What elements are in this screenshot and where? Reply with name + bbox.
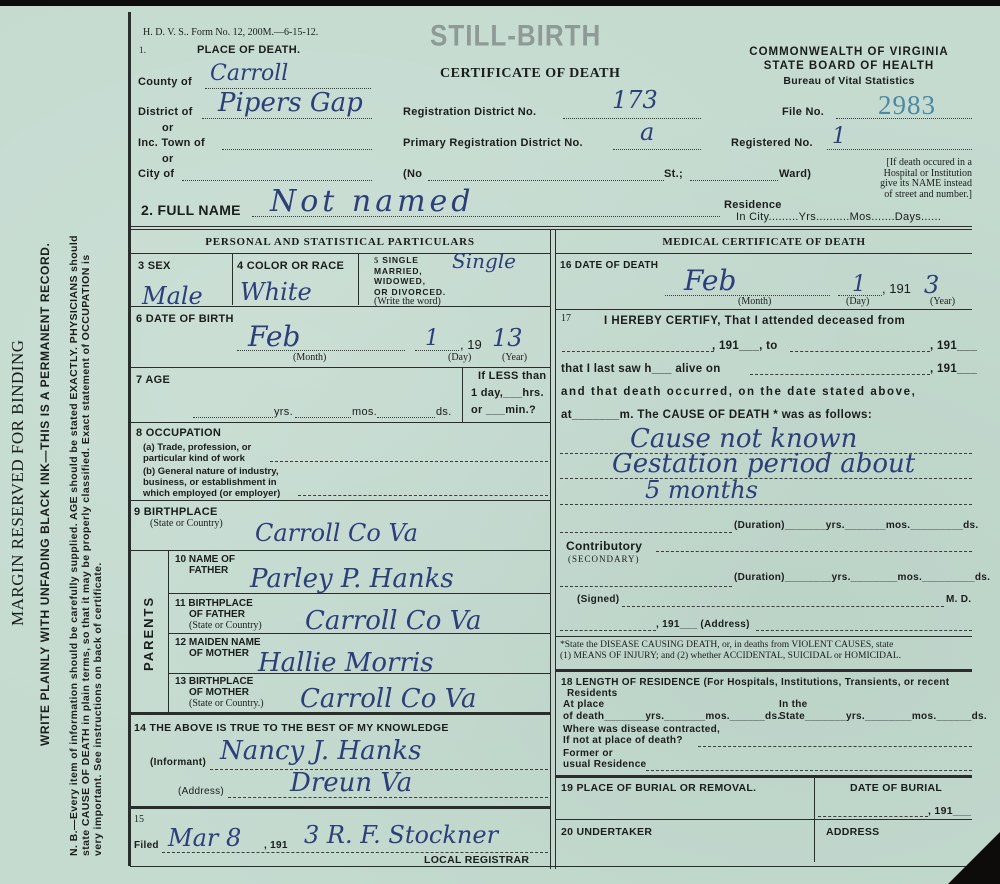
undertaker-label: 20 UNDERTAKER xyxy=(561,826,652,838)
marital-value[interactable]: Single xyxy=(452,249,516,273)
label-line: (State or Country.) xyxy=(175,698,264,709)
street-line[interactable] xyxy=(428,180,664,181)
town-label: Inc. Town of xyxy=(138,137,205,149)
cert-line-3b: , 191___ xyxy=(930,363,977,375)
sex-label: 3 SEX xyxy=(138,260,171,272)
divider xyxy=(130,712,550,715)
informant-label: (Informant) xyxy=(150,757,206,768)
authority-line-2: STATE BOARD OF HEALTH xyxy=(724,60,974,72)
cert-line-3a: that I last saw h___ alive on xyxy=(561,363,721,375)
occupation-b: (b) General nature of industry, business… xyxy=(143,466,280,499)
dob-label: 6 DATE OF BIRTH xyxy=(136,313,234,325)
signed-address-line[interactable] xyxy=(756,630,972,631)
town-line[interactable] xyxy=(222,149,372,150)
divider xyxy=(130,422,550,423)
occupation-a: (a) Trade, profession, or particular kin… xyxy=(143,442,251,464)
contributory-label: Contributory xyxy=(566,539,642,553)
divider xyxy=(556,636,972,637)
divider xyxy=(556,309,972,310)
divider xyxy=(130,806,550,809)
cert-line-2a: , 191___, to xyxy=(712,340,778,352)
last-saw-line[interactable] xyxy=(750,374,930,375)
race-value[interactable]: White xyxy=(240,278,312,306)
age-mos-line[interactable] xyxy=(295,417,351,418)
divider xyxy=(556,253,972,254)
nb-line: state CAUSE OF DEATH in plain terms, so … xyxy=(80,235,92,856)
city-line[interactable] xyxy=(182,180,372,181)
dod-month-value[interactable]: Feb xyxy=(684,264,736,297)
divider xyxy=(358,253,359,305)
ward-line[interactable] xyxy=(690,180,778,181)
label-line: OF FATHER xyxy=(175,609,262,620)
cert-line-2b: , 191___ xyxy=(930,340,977,352)
death-certificate-page: MARGIN RESERVED FOR BINDING WRITE PLAINL… xyxy=(0,6,1000,884)
margin-divider xyxy=(128,12,131,866)
medical-heading: MEDICAL CERTIFICATE OF DEATH xyxy=(556,236,972,248)
duration-line-1: (Duration)_______yrs._______mos.________… xyxy=(734,520,978,531)
margin-binding-text: MARGIN RESERVED FOR BINDING xyxy=(8,339,28,626)
less-than-2: 1 day,___hrs. xyxy=(471,387,544,399)
dob-year-prefix: , 19 xyxy=(460,337,482,352)
label-line: 11 BIRTHPLACE xyxy=(175,598,262,609)
less-than-1: If LESS than xyxy=(478,370,546,382)
label-line: 12 MAIDEN NAME xyxy=(175,637,261,648)
authority-line-3: Bureau of Vital Statistics xyxy=(724,75,974,87)
occupation-line: (a) Trade, profession, or xyxy=(143,442,251,453)
reg-district-line xyxy=(563,118,701,119)
divider xyxy=(130,500,550,501)
informant-value[interactable]: Nancy J. Hanks xyxy=(220,736,421,766)
divider xyxy=(130,306,550,307)
secondary-label: (SECONDARY) xyxy=(568,554,640,564)
or-1: or xyxy=(162,122,174,134)
birthplace-label: 9 BIRTHPLACE xyxy=(134,506,218,518)
at-place-label-1: At place xyxy=(563,699,604,710)
district-line xyxy=(202,118,372,119)
label-line: (State or Country) xyxy=(175,620,262,631)
district-label: District of xyxy=(138,106,193,118)
footnote-line: (1) MEANS OF INJURY; and (2) whether ACC… xyxy=(560,651,901,662)
burial-date-line[interactable] xyxy=(818,816,928,817)
cert-number: 17 xyxy=(561,313,571,324)
dod-month-caption: (Month) xyxy=(738,296,771,307)
county-value[interactable]: Carroll xyxy=(210,61,288,86)
registrar-signature[interactable]: 3 R. F. Stockner xyxy=(304,821,498,849)
duration-line xyxy=(560,532,732,533)
label-line: OF MOTHER xyxy=(175,648,261,659)
burial-date-year: , 191___ xyxy=(928,805,971,817)
county-label: County of xyxy=(138,76,192,88)
divider xyxy=(130,866,972,867)
filed-number: 15 xyxy=(134,814,144,825)
filed-year-prefix: , 191 xyxy=(264,840,288,851)
dod-day-caption: (Day) xyxy=(846,296,869,307)
local-registrar-caption: LOCAL REGISTRAR xyxy=(424,854,529,866)
occupation-line: particular kind of work xyxy=(143,453,251,464)
in-state-label-2: State_______yrs.________mos.______ds. xyxy=(779,711,987,722)
marital-line: SINGLE xyxy=(382,255,418,265)
attended-from-line[interactable] xyxy=(562,351,714,352)
father-birthplace-value[interactable]: Carroll Co Va xyxy=(305,606,482,636)
md-label: M. D. xyxy=(946,594,971,605)
signed-address-label: , 191___ (Address) xyxy=(656,619,750,630)
occupation-label: 8 OCCUPATION xyxy=(136,427,221,439)
marital-number: 5 xyxy=(374,255,379,265)
contracted-label-1: Where was disease contracted, xyxy=(563,724,720,735)
dod-year-caption: (Year) xyxy=(930,296,955,307)
dod-year-prefix: , 191 xyxy=(882,281,911,296)
residence-label: Residence xyxy=(724,199,782,211)
label-line: FATHER xyxy=(175,565,235,576)
race-label: 4 COLOR OR RACE xyxy=(237,260,344,272)
st-label: St.; xyxy=(664,168,683,180)
cert-line-1: I HEREBY CERTIFY, That I attended deceas… xyxy=(604,315,905,327)
dob-month-value[interactable]: Feb xyxy=(248,320,300,353)
dob-year-value[interactable]: 13 xyxy=(492,324,523,352)
nb-line: N. B.—Every item of information should b… xyxy=(68,235,80,856)
occupation-line: business, or establishment in xyxy=(143,477,280,488)
parents-divider xyxy=(168,550,169,712)
address-label: (Address) xyxy=(178,786,224,797)
hospital-note-line: of street and number.] xyxy=(852,190,972,201)
year-prefix: 19 xyxy=(467,337,481,352)
divider xyxy=(130,550,550,551)
marital-line: MARRIED, xyxy=(374,266,446,277)
place-number: 1. xyxy=(139,45,146,55)
address-value[interactable]: Dreun Va xyxy=(290,768,412,798)
residence-line: In City.........Yrs..........Mos.......D… xyxy=(736,211,941,223)
divider xyxy=(168,593,550,594)
full-name-value[interactable]: Not named xyxy=(270,184,475,219)
age-mos: mos. xyxy=(352,406,377,418)
label-line: 10 NAME OF xyxy=(175,554,235,565)
primary-reg-label: Primary Registration District No. xyxy=(403,137,583,149)
occupation-b-line[interactable] xyxy=(298,495,548,496)
hospital-note: [If death occured in a Hospital or Insti… xyxy=(852,158,972,200)
dod-year-value[interactable]: 3 xyxy=(924,271,939,299)
month-caption: (Month) xyxy=(293,352,326,363)
mother-birthplace-value[interactable]: Carroll Co Va xyxy=(300,684,477,714)
divider xyxy=(232,253,233,305)
burial-date-label: DATE OF BURIAL xyxy=(850,782,942,794)
divider xyxy=(168,673,550,674)
cause-line-2[interactable]: Gestation period about xyxy=(612,449,915,479)
father-name-label: 10 NAME OF FATHER xyxy=(175,554,235,576)
filed-label: Filed xyxy=(134,840,159,851)
occupation-line: (b) General nature of industry, xyxy=(143,466,280,477)
district-value[interactable]: Pipers Gap xyxy=(218,88,363,118)
footnote-line: *State the DISEASE CAUSING DEATH, or, in… xyxy=(560,640,901,651)
dob-day-value[interactable]: 1 xyxy=(425,326,439,351)
residence-heading-2: Residents xyxy=(567,688,618,699)
personal-heading: PERSONAL AND STATISTICAL PARTICULARS xyxy=(130,236,550,248)
age-ds: ds. xyxy=(436,406,452,418)
age-label: 7 AGE xyxy=(136,374,170,386)
duration-line xyxy=(560,586,732,587)
in-state-label-1: In the xyxy=(779,699,807,710)
divider xyxy=(130,367,550,368)
year-caption: (Year) xyxy=(502,352,527,363)
divider xyxy=(130,226,972,227)
day-caption: (Day) xyxy=(448,352,471,363)
former-residence-label-1: Former or xyxy=(563,748,613,759)
cert-line-4: and that death occurred, on the date sta… xyxy=(561,386,916,398)
still-birth-stamp: STILL-BIRTH xyxy=(430,18,601,54)
filed-date-value[interactable]: Mar 8 xyxy=(168,824,241,852)
hospital-note-line: give its NAME instead xyxy=(852,179,972,190)
contributory-line[interactable] xyxy=(656,551,972,552)
marital-line: WIDOWED, xyxy=(374,276,446,287)
divider xyxy=(168,633,550,634)
age-ds-line[interactable] xyxy=(377,417,435,418)
street-no-label: (No xyxy=(403,168,422,180)
registered-no-label: Registered No. xyxy=(731,137,813,149)
or-2: or xyxy=(162,153,174,165)
reg-district-value[interactable]: 173 xyxy=(612,86,658,114)
undertaker-address-label: ADDRESS xyxy=(826,826,879,838)
file-no-value[interactable]: 2983 xyxy=(878,90,936,121)
authority-line-1: COMMONWEALTH OF VIRGINIA xyxy=(724,46,974,58)
column-divider xyxy=(555,229,556,869)
full-name-label: 2. FULL NAME xyxy=(141,202,241,218)
marital-label: 5 SINGLE MARRIED, WIDOWED, OR DIVORCED. … xyxy=(374,255,446,308)
form-number: H. D. V. S.. Form No. 12, 200M.—6-15-12. xyxy=(143,27,318,38)
label-line: 13 BIRTHPLACE xyxy=(175,676,264,687)
cause-line-3[interactable]: 5 months xyxy=(645,476,758,504)
less-than-3: or ___min.? xyxy=(471,404,536,416)
at-place-label-2: of death_______yrs._______mos.______ds. xyxy=(563,711,780,722)
dod-label: 16 DATE OF DEATH xyxy=(560,260,658,271)
father-name-value[interactable]: Parley P. Hanks xyxy=(250,564,454,594)
ward-label: Ward) xyxy=(779,168,811,180)
contracted-line[interactable] xyxy=(698,746,972,747)
reg-district-label: Registration District No. xyxy=(403,106,536,118)
registered-no-line xyxy=(827,149,972,150)
cause-line xyxy=(560,504,972,505)
burial-place-label: 19 PLACE OF BURIAL OR REMOVAL. xyxy=(561,782,756,794)
certificate-title: CERTIFICATE OF DEATH xyxy=(440,66,620,82)
primary-reg-value[interactable]: a xyxy=(640,118,654,146)
divider xyxy=(556,669,972,672)
parents-side-label: PARENTS xyxy=(141,596,156,671)
column-divider xyxy=(550,229,551,869)
informant-heading: 14 THE ABOVE IS TRUE TO THE BEST OF MY K… xyxy=(134,722,449,734)
age-yrs-line[interactable] xyxy=(193,417,273,418)
former-residence-label-2: usual Residence xyxy=(563,759,646,770)
registered-no-value[interactable]: 1 xyxy=(832,124,846,149)
residence-heading-1: 18 LENGTH OF RESIDENCE (For Hospitals, I… xyxy=(561,677,949,688)
divider xyxy=(814,778,815,862)
father-birthplace-label: 11 BIRTHPLACE OF FATHER (State or Countr… xyxy=(175,598,262,631)
former-residence-line[interactable] xyxy=(646,770,972,771)
cause-footnote: *State the DISEASE CAUSING DEATH, or, in… xyxy=(560,640,901,662)
signed-date-line[interactable] xyxy=(560,630,656,631)
city-label: City of xyxy=(138,168,174,180)
occupation-a-line[interactable] xyxy=(270,461,548,462)
filed-line xyxy=(162,852,548,853)
signed-label: (Signed) xyxy=(577,594,619,605)
divider xyxy=(462,367,463,422)
dod-day-value[interactable]: 1 xyxy=(852,272,866,297)
divider xyxy=(556,819,972,820)
attended-to-line[interactable] xyxy=(790,351,930,352)
margin-write-plainly-text: WRITE PLAINLY WITH UNFADING BLACK INK—TH… xyxy=(38,243,52,746)
birthplace-sub: (State or Country) xyxy=(150,518,223,529)
mother-name-label: 12 MAIDEN NAME OF MOTHER xyxy=(175,637,261,659)
cert-line-5: at_______m. The CAUSE OF DEATH * was as … xyxy=(561,409,872,421)
birthplace-value[interactable]: Carroll Co Va xyxy=(255,519,418,547)
nb-line: very important. See instructions on back… xyxy=(92,235,104,856)
divider xyxy=(556,775,972,778)
duration-line-2: (Duration)________yrs.________mos.______… xyxy=(734,572,990,583)
contracted-label-2: If not at place of death? xyxy=(563,735,683,746)
label-line: OF MOTHER xyxy=(175,687,264,698)
file-no-label: File No. xyxy=(782,106,824,118)
age-yrs: yrs. xyxy=(274,406,293,418)
signed-line[interactable] xyxy=(622,606,944,607)
mother-birthplace-label: 13 BIRTHPLACE OF MOTHER (State or Countr… xyxy=(175,676,264,709)
divider xyxy=(130,229,972,230)
torn-corner xyxy=(948,832,1000,884)
margin-nb-notice: N. B.—Every item of information should b… xyxy=(68,235,104,856)
primary-reg-line xyxy=(613,149,701,150)
place-of-death-heading: PLACE OF DEATH. xyxy=(197,44,300,56)
occupation-line: which employed (or employer) xyxy=(143,488,280,499)
hospital-note-line: [If death occured in a xyxy=(852,158,972,169)
